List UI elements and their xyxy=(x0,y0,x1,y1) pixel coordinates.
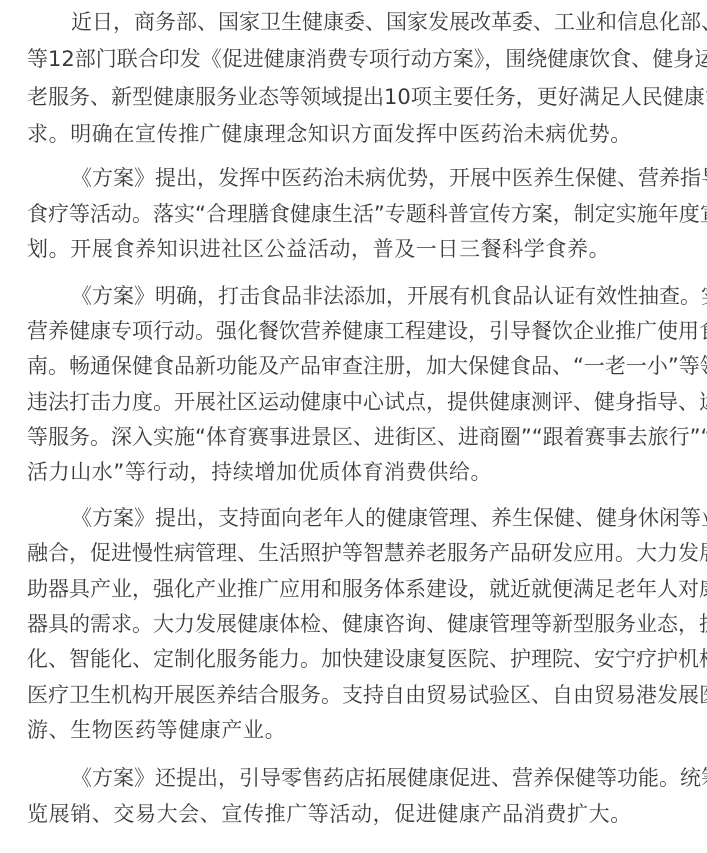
article-body: 近日，商务部、国家卫生健康委、国家发展改革委、工业和信息化部、民政部 等12部门… xyxy=(0,0,707,853)
paragraph-line: 助器具产业，强化产业推广应用和服务体系建设，就近就便满足老年人对康复辅助 xyxy=(27,574,673,604)
paragraph-line: 等12部门联合印发《促进健康消费专项行动方案》，围绕健康饮食、健身运动、养 xyxy=(27,44,673,74)
paragraph-line: 求。明确在宣传推广健康理念知识方面发挥中医药治未病优势。 xyxy=(27,119,673,149)
paragraph-line: 《方案》提出，发挥中医药治未病优势，开展中医养生保健、营养指导、药膳 xyxy=(27,163,673,193)
paragraph-line: 融合，促进慢性病管理、生活照护等智慧养老服务产品研发应用。大力发展康复辅 xyxy=(27,538,673,568)
paragraph-line: 老服务、新型健康服务业态等领域提出10项主要任务，更好满足人民健康消费需 xyxy=(27,82,673,112)
paragraph-line: 《方案》提出，支持面向老年人的健康管理、养生保健、健身休闲等业态深度 xyxy=(27,503,673,533)
paragraph-line: 划。开展食养知识进社区公益活动，普及一日三餐科学食养。 xyxy=(27,234,673,264)
paragraph-line: 览展销、交易大会、宣传推广等活动，促进健康产品消费扩大。 xyxy=(27,799,673,829)
paragraph-line: 化、智能化、定制化服务能力。加快建设康复医院、护理院、安宁疗护机构，支持 xyxy=(27,644,673,674)
paragraph-line: 医疗卫生机构开展医养结合服务。支持自由贸易试验区、自由贸易港发展医疗旅 xyxy=(27,680,673,710)
paragraph-line: 南。畅通保健食品新功能及产品审查注册，加大保健食品、“一老一小”等领域价格 xyxy=(27,351,673,381)
paragraph-line: 营养健康专项行动。强化餐饮营养健康工程建设，引导餐饮企业推广使用食养指 xyxy=(27,316,673,346)
paragraph-line: 《方案》明确，打击食品非法添加，开展有机食品认证有效性抽查。实施促进 xyxy=(27,281,673,311)
paragraph-line: 活力山水”等行动，持续增加优质体育消费供给。 xyxy=(27,457,673,487)
paragraph-line: 器具的需求。大力发展健康体检、健康咨询、健康管理等新型服务业态，提升差异 xyxy=(27,609,673,639)
paragraph-line: 游、生物医药等健康产业。 xyxy=(27,715,673,745)
paragraph-line: 近日，商务部、国家卫生健康委、国家发展改革委、工业和信息化部、民政部 xyxy=(27,7,673,37)
paragraph-line: 等服务。深入实施“体育赛事进景区、进街区、进商圈”“跟着赛事去旅行”“户外运动 xyxy=(27,422,673,452)
paragraph-line: 《方案》还提出，引导零售药店拓展健康促进、营养保健等功能。统筹全国展 xyxy=(27,763,673,793)
paragraph-line: 违法打击力度。开展社区运动健康中心试点，提供健康测评、健身指导、运动康复 xyxy=(27,387,673,417)
paragraph-line: 食疗等活动。落实“合理膳食健康生活”专题科普宣传方案，制定实施年度宣传计 xyxy=(27,199,673,229)
